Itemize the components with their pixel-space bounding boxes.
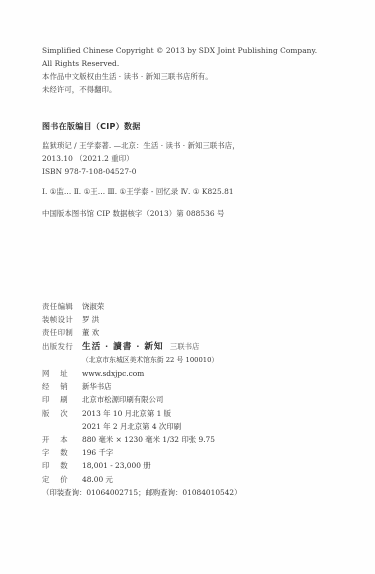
copyright-line-1: Simplified Chinese Copyright © 2013 by S… <box>42 44 317 57</box>
copyright-line-4: 未经许可，不得翻印。 <box>42 83 317 96</box>
label-char: 开 <box>42 433 50 446</box>
label-char: 印 <box>42 393 50 406</box>
contact-row: （印装查询：01064002715；邮购查询：01084010542） <box>42 486 242 499</box>
credit-label: 装帧设计 <box>42 313 82 326</box>
cip-line-2: 2013.10 （2021.2 重印） <box>42 152 240 165</box>
credit-row-design: 装帧设计 罗 洪 <box>42 313 242 326</box>
edition-value: 2013 年 10 月北京第 1 版 <box>82 407 171 420</box>
copyright-notice: Simplified Chinese Copyright © 2013 by S… <box>42 44 317 96</box>
detail-row-website: 网址 www.sdxjpc.com <box>42 367 242 380</box>
copyright-page: Simplified Chinese Copyright © 2013 by S… <box>0 0 375 574</box>
publisher-address-row: （北京市东城区美术馆东街 22 号 100010） <box>42 354 242 367</box>
distributor-value: 新华书店 <box>82 380 112 393</box>
label-char: 版 <box>42 407 50 420</box>
label-char: 数 <box>60 446 68 459</box>
publisher-brand-logo: 生活 · 讀書 · 新知 <box>82 342 164 352</box>
label-char: 刷 <box>60 393 68 406</box>
label-char: 字 <box>42 446 50 459</box>
printer-value: 北京市松源印刷有限公司 <box>82 393 163 406</box>
label-char: 销 <box>60 380 68 393</box>
detail-row-printer: 印刷 北京市松源印刷有限公司 <box>42 393 242 406</box>
copyright-line-3: 本作品中文版权由生活 · 读书 · 新知三联书店所有。 <box>42 70 317 83</box>
detail-row-printrun: 印数 18,001 - 23,000 册 <box>42 459 242 472</box>
publisher-address: （北京市东城区美术馆东街 22 号 100010） <box>82 354 218 367</box>
detail-row-format: 开本 880 毫米 × 1230 毫米 1/32 印张 9.75 <box>42 433 242 446</box>
label-char: 印 <box>42 459 50 472</box>
detail-row-wordcount: 字数 196 千字 <box>42 446 242 459</box>
credit-row-printing: 责任印制 董 欢 <box>42 326 242 339</box>
credit-value: 董 欢 <box>82 326 99 339</box>
cip-record: 监狱琐记 / 王学泰著. —北京：生活 · 读书 · 新知三联书店， 2013.… <box>42 139 240 178</box>
publisher-label: 出版发行 <box>42 340 82 354</box>
price-value: 48.00 元 <box>82 473 113 486</box>
cip-approval: 中国版本图书馆 CIP 数据核字（2013）第 088536 号 <box>42 207 224 220</box>
copyright-line-2: All Rights Reserved. <box>42 57 317 70</box>
label-char: 经 <box>42 380 50 393</box>
reprint-value: 2021 年 2 月北京第 4 次印刷 <box>82 420 181 433</box>
credit-value: 饶淑荣 <box>82 300 104 313</box>
detail-row-edition: 版次 2013 年 10 月北京第 1 版 <box>42 407 242 420</box>
label-char: 次 <box>60 407 68 420</box>
cip-title: 图书在版编目（CIP）数据 <box>42 121 141 132</box>
credits-block: 责任编辑 饶淑荣 装帧设计 罗 洪 责任印制 董 欢 出版发行 生活 · 讀書 … <box>42 300 242 499</box>
wordcount-value: 196 千字 <box>82 446 113 459</box>
credit-label: 责任印制 <box>42 326 82 339</box>
format-value: 880 毫米 × 1230 毫米 1/32 印张 9.75 <box>82 433 215 446</box>
label-char: 址 <box>60 367 68 380</box>
publisher-name: 三联书店 <box>170 342 200 351</box>
printrun-value: 18,001 - 23,000 册 <box>82 459 151 472</box>
cip-line-3: ISBN 978-7-108-04527-0 <box>42 165 240 178</box>
label-char: 本 <box>60 433 68 446</box>
credit-label: 责任编辑 <box>42 300 82 313</box>
label-char: 价 <box>60 473 68 486</box>
contact-info: （印装查询：01064002715；邮购查询：01084010542） <box>42 486 242 499</box>
publisher-row: 出版发行 生活 · 讀書 · 新知 三联书店 <box>42 340 242 354</box>
cip-line-1: 监狱琐记 / 王学泰著. —北京：生活 · 读书 · 新知三联书店， <box>42 139 240 152</box>
detail-row-distributor: 经销 新华书店 <box>42 380 242 393</box>
reprint-row: 2021 年 2 月北京第 4 次印刷 <box>42 420 242 433</box>
cip-classification: Ⅰ. ①监… Ⅱ. ①王… Ⅲ. ①王学泰 - 回忆录 Ⅳ. ① K825.81 <box>42 185 234 198</box>
detail-row-price: 定价 48.00 元 <box>42 473 242 486</box>
label-char: 网 <box>42 367 50 380</box>
credit-value: 罗 洪 <box>82 313 99 326</box>
website-link: www.sdxjpc.com <box>82 367 144 380</box>
credit-row-editor: 责任编辑 饶淑荣 <box>42 300 242 313</box>
label-char: 定 <box>42 473 50 486</box>
label-char: 数 <box>60 459 68 472</box>
